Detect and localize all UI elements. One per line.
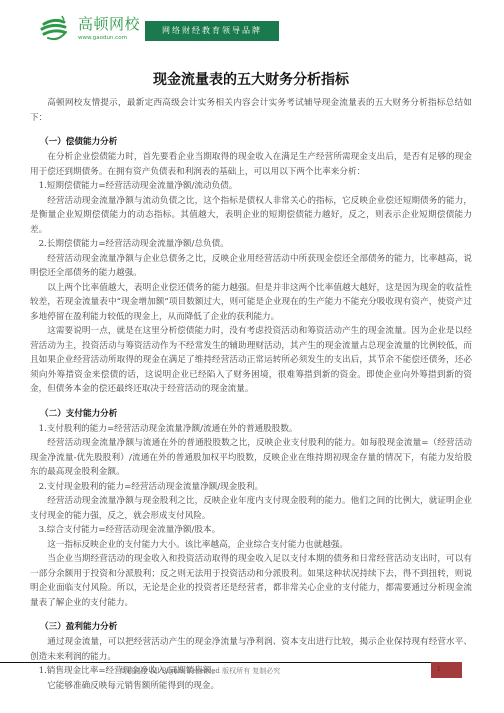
paragraph: 这需要说明一点，就是在这里分析偿债能力时，没有考虑投资活动和筹资活动产生的现金流… — [30, 324, 472, 397]
paragraph: 经营活动现金流量净额与企业总债务之比，反映企业用经营活动中所获现金偿还全部债务的… — [30, 252, 472, 281]
paragraph: 经营活动现金流量净额与流动负债之比，这个指标是债权人非常关心的指标，它反映企业偿… — [30, 194, 472, 238]
logo-swoosh-icon — [40, 14, 70, 42]
section-heading-solvency: （一）偿债能力分析 — [40, 135, 472, 150]
formula-dividend-capacity: 1.支付股利的能力=经营活动现金流量净额/流通在外的普通股股数。 — [30, 422, 472, 437]
page-footer: 高顿网校 All Rights Reserved 版权所有 复制必究 1 — [0, 662, 504, 682]
gaodun-logo[interactable]: 高顿网校 www.gaodun.com — [40, 12, 140, 44]
paragraph: 当企业当期经营活动的现金收入和投资活动取得的现金收入足以支付本期的债务和日常经营… — [30, 552, 472, 610]
logo-url: www.gaodun.com — [78, 35, 127, 42]
intro-paragraph: 高顿网校友情提示，最新定西高级会计实务相关内容会计实务考试辅导现金流量表的五大财… — [30, 96, 472, 125]
document-body: 现金流量表的五大财务分析指标 高顿网校友情提示，最新定西高级会计实务相关内容会计… — [30, 70, 472, 693]
formula-overall-payment: 3.综合支付能力=经营活动现金流量净额/股本。 — [30, 523, 472, 538]
slogan-banner: 网络财经教育领导品牌 — [145, 21, 279, 41]
formula-short-term-solvency: 1.短期偿债能力=经营活动现金流量净额/流动负债。 — [30, 179, 472, 194]
formula-long-term-solvency: 2.长期偿债能力=经营活动现金流量净额/总负债。 — [30, 237, 472, 252]
footer-divider — [0, 662, 432, 663]
section-heading-payment: （二）支付能力分析 — [40, 407, 472, 422]
logo-name: 高顿网校 — [78, 16, 140, 32]
document-title: 现金流量表的五大财务分析指标 — [30, 70, 472, 90]
formula-cash-dividend-capacity: 2.支付现金股利的能力=经营活动现金流量净额/现金股利。 — [30, 480, 472, 495]
section-heading-profitability: （三）盈利能力分析 — [40, 620, 472, 635]
page-number: 1 — [431, 662, 462, 678]
copyright-text: 高顿网校 All Rights Reserved 版权所有 复制必究 — [0, 666, 400, 676]
paragraph: 在分析企业偿债能力时，首先要看企业当期取得的现金收入在满足生产经营所需现金支出后… — [30, 150, 472, 179]
paragraph: 经营活动现金流量净额与现金股利之比，反映企业年度内支付现金股利的能力。他们之间的… — [30, 494, 472, 523]
paragraph: 以上两个比率值越大，表明企业偿还债务的能力越强。但是并非这两个比率值越大越好，这… — [30, 281, 472, 325]
paragraph: 经营活动现金流量净额与流通在外的普通股股数之比，反映企业支付股利的能力。如每股现… — [30, 436, 472, 480]
paragraph: 通过现金流量，可以把经营活动产生的现金净流量与净利润、资本支出进行比较，揭示企业… — [30, 635, 472, 664]
page-header: 高顿网校 www.gaodun.com 网络财经教育领导品牌 — [0, 0, 504, 55]
paragraph: 这一指标反映企业的支付能力大小。该比率越高，企业综合支付能力也就越强。 — [30, 538, 472, 553]
